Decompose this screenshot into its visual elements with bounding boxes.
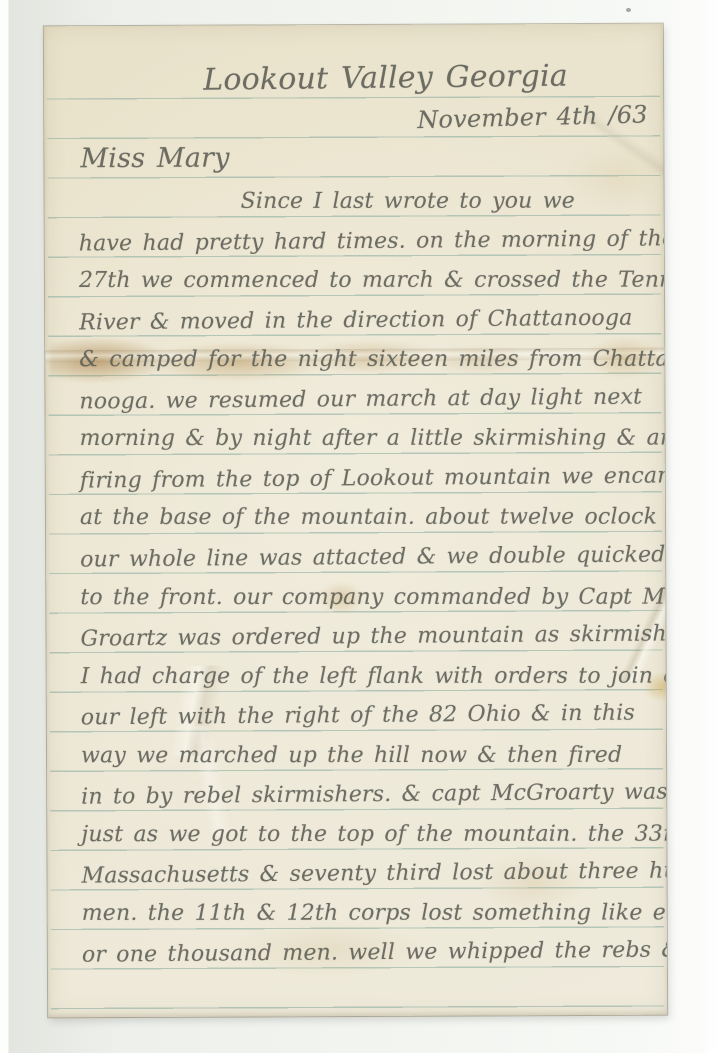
letter-line: in to by rebel skirmishers. & capt McGro… <box>81 775 667 815</box>
letter-date-line: November 4th /63 <box>416 97 647 137</box>
letter-line: just as we got to the top of the mountai… <box>81 817 667 852</box>
letter-salutation: Miss Mary <box>80 141 229 178</box>
letter-line: Groartz was ordered up the mountain as s… <box>80 617 667 656</box>
letter-place-line: Lookout Valley Georgia <box>44 55 663 102</box>
letter-line: firing from the top of Lookout mountain … <box>80 459 667 499</box>
letter-line: & camped for the night sixteen miles fro… <box>79 343 667 378</box>
letter-page: Lookout Valley Georgia November 4th /63 … <box>44 24 667 1018</box>
stain-blot <box>564 142 667 212</box>
letter-line: River & moved in the direction of Chatta… <box>79 301 633 340</box>
letter-line: at the base of the mountain. about twelv… <box>80 501 667 536</box>
scan-background: Lookout Valley Georgia November 4th /63 … <box>0 0 720 1053</box>
letter-line: to the front. our company commanded by C… <box>80 580 667 615</box>
letter-line: way we marched up the hill now & then fi… <box>81 738 622 772</box>
letter-line: our left with the right of the 82 Ohio &… <box>81 697 635 736</box>
dust-speck <box>626 8 631 12</box>
letter-line: nooga. we resumed our march at day light… <box>79 380 642 419</box>
letter-line: Since I last wrote to you we <box>241 185 575 219</box>
letter-line: have had pretty hard times. on the morni… <box>79 222 668 261</box>
letter-line: or one thousand men. well we whipped the… <box>82 933 667 973</box>
letter-line: morning & by night after a little skirmi… <box>80 422 668 457</box>
letter-line: Massachusetts & seventy third lost about… <box>81 854 667 894</box>
letter-line: our whole line was attacted & we double … <box>80 538 666 577</box>
letter-line: men. the 11th & 12th corps lost somethin… <box>82 896 667 931</box>
letter-line: I had charge of the left flank with orde… <box>81 659 667 694</box>
letter-line: 27th we commenced to march & crossed the… <box>79 264 667 299</box>
